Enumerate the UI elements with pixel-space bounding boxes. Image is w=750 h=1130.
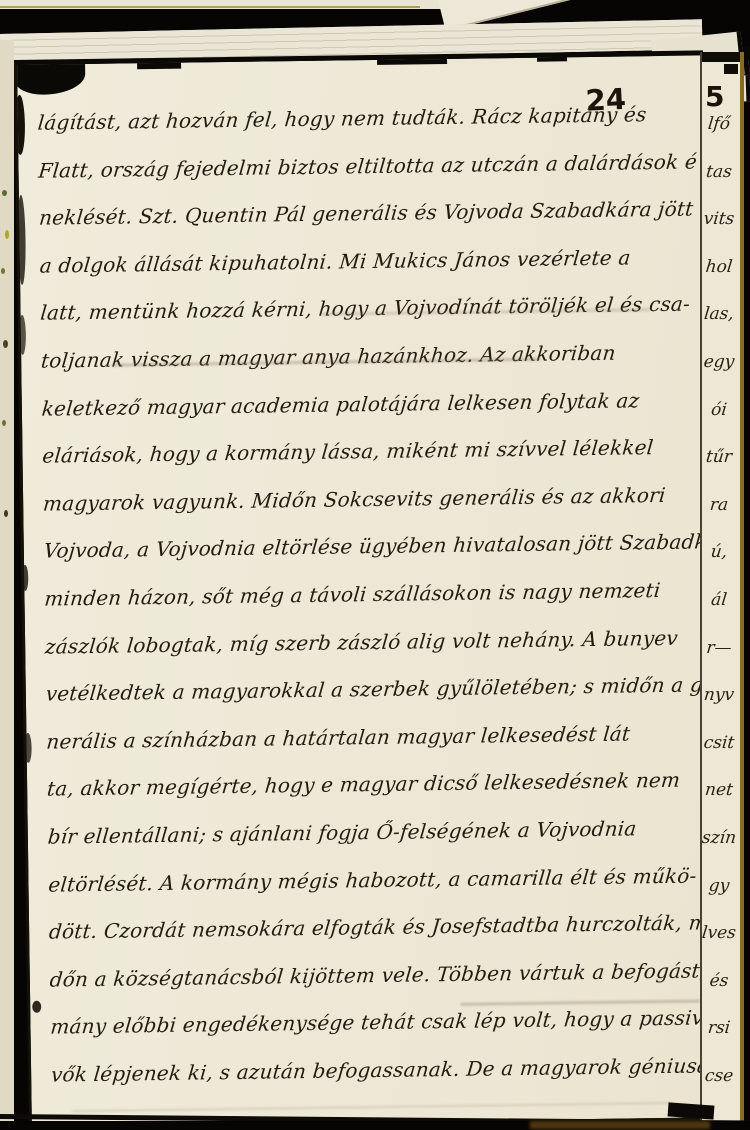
binding-margin bbox=[0, 40, 14, 1122]
margin-speck bbox=[4, 510, 8, 517]
manuscript-page: 24 lágítást, azt hozván fel, hogy nem tu… bbox=[14, 50, 718, 1130]
next-page-line-fragment: r— bbox=[701, 638, 737, 658]
ragged-top-edge bbox=[537, 55, 567, 61]
manuscript-line: minden házon, sőt még a távoli szállások… bbox=[43, 577, 717, 611]
manuscript-line: a dolgok állását kipuhatolni. Mi Mukics … bbox=[39, 244, 718, 278]
margin-speck bbox=[1, 268, 5, 274]
next-page-line-fragment: nyv bbox=[701, 685, 737, 705]
manuscript-line: keletkező magyar academia palotájára lel… bbox=[41, 386, 718, 420]
strip-shadow bbox=[702, 52, 740, 62]
binding-blob bbox=[14, 95, 25, 155]
page-above-edge-line bbox=[0, 6, 420, 8]
margin-speck bbox=[5, 230, 9, 239]
next-page-line-fragment: szín bbox=[701, 828, 737, 848]
next-page-line-fragment: lfő bbox=[701, 114, 737, 134]
next-page-line-fragment: gy bbox=[701, 876, 737, 896]
next-page-line-fragment: cse bbox=[701, 1066, 737, 1086]
next-page-line-fragment: tas bbox=[701, 162, 737, 182]
next-page-line-fragment: net bbox=[701, 780, 737, 800]
binding-blob bbox=[24, 733, 31, 763]
strip-shadow bbox=[724, 64, 738, 74]
manuscript-line: eláriások, hogy a kormány lássa, miként … bbox=[41, 434, 717, 468]
margin-speck bbox=[2, 190, 7, 196]
manuscript-line: nerális a színházban a határtalan magyar… bbox=[45, 720, 717, 754]
manuscript-line: lágítást, azt hozván fel, hogy nem tudtá… bbox=[37, 101, 718, 135]
next-page-line-fragment: lves bbox=[701, 923, 737, 943]
manuscript-line: eltörlését. A kormány mégis habozott, a … bbox=[47, 862, 717, 896]
margin-speck bbox=[3, 340, 8, 348]
manuscript-line: dőn a községtanácsból kijöttem vele. Töb… bbox=[49, 958, 718, 992]
manuscript-line: vetélkedtek a magyarokkal a szerbek gyűl… bbox=[45, 672, 718, 706]
next-page-line-fragment: és bbox=[701, 971, 737, 991]
binding-blob bbox=[32, 1001, 41, 1013]
next-page-line-fragment: ál bbox=[701, 590, 737, 610]
ragged-top-edge bbox=[377, 57, 447, 65]
next-page-line-fragment: rsi bbox=[701, 1018, 737, 1038]
manuscript-line: Vojvoda, a Vojvodnia eltörlése ügyében h… bbox=[43, 529, 718, 563]
next-page-line-fragment: csit bbox=[701, 733, 737, 753]
manuscript-line: neklését. Szt. Quentin Pál generális és … bbox=[38, 196, 718, 230]
ragged-top-edge bbox=[137, 61, 181, 70]
manuscript-line: mány előbbi engedékenysége tehát csak lé… bbox=[49, 1005, 717, 1039]
next-page-number-partial: 5 bbox=[705, 80, 724, 113]
next-page-line-fragment: ra bbox=[701, 495, 737, 515]
next-page-line-fragment: egy bbox=[701, 352, 737, 372]
next-page-sliver: 5 lfőtasvitshollas,egyóitűrraú,álr—nyvcs… bbox=[700, 52, 744, 1124]
manuscript-line: toljanak vissza a magyar anya hazánkhoz.… bbox=[40, 339, 718, 373]
next-page-line-fragment: ú, bbox=[701, 542, 737, 562]
next-page-line-fragment: las, bbox=[701, 304, 737, 324]
manuscript-line: vők lépjenek ki, s azután befogassanak. … bbox=[50, 1053, 718, 1087]
manuscript-line: magyarok vagyunk. Midőn Sokcsevits gener… bbox=[42, 482, 718, 516]
binding-blob bbox=[17, 195, 26, 285]
next-page-line-fragment: vits bbox=[701, 209, 737, 229]
next-page-line-fragment: hol bbox=[701, 257, 737, 277]
scan-color-artifact bbox=[530, 1121, 710, 1129]
stack-notch bbox=[744, 46, 750, 60]
scan-ink-blob bbox=[15, 60, 85, 95]
margin-speck bbox=[2, 420, 6, 426]
next-page-line-fragment: ói bbox=[701, 400, 737, 420]
manuscript-line: dött. Czordát nemsokára elfogták és Jose… bbox=[48, 910, 718, 944]
pencil-smudge bbox=[460, 1000, 700, 1006]
manuscript-line: zászlók lobogtak, míg szerb zászló alig … bbox=[44, 624, 718, 658]
binding-blob bbox=[19, 315, 27, 355]
manuscript-line: ta, akkor megígérte, hogy e magyar dicső… bbox=[46, 767, 718, 801]
manuscript-line: bír ellentállani; s ajánlani fogja Ő-fel… bbox=[47, 815, 718, 849]
manuscript-line: Flatt, ország fejedelmi biztos eltiltott… bbox=[37, 148, 717, 182]
pencil-smudge bbox=[72, 1102, 672, 1112]
binding-blob bbox=[22, 565, 28, 591]
next-page-line-fragment: tűr bbox=[701, 447, 737, 467]
